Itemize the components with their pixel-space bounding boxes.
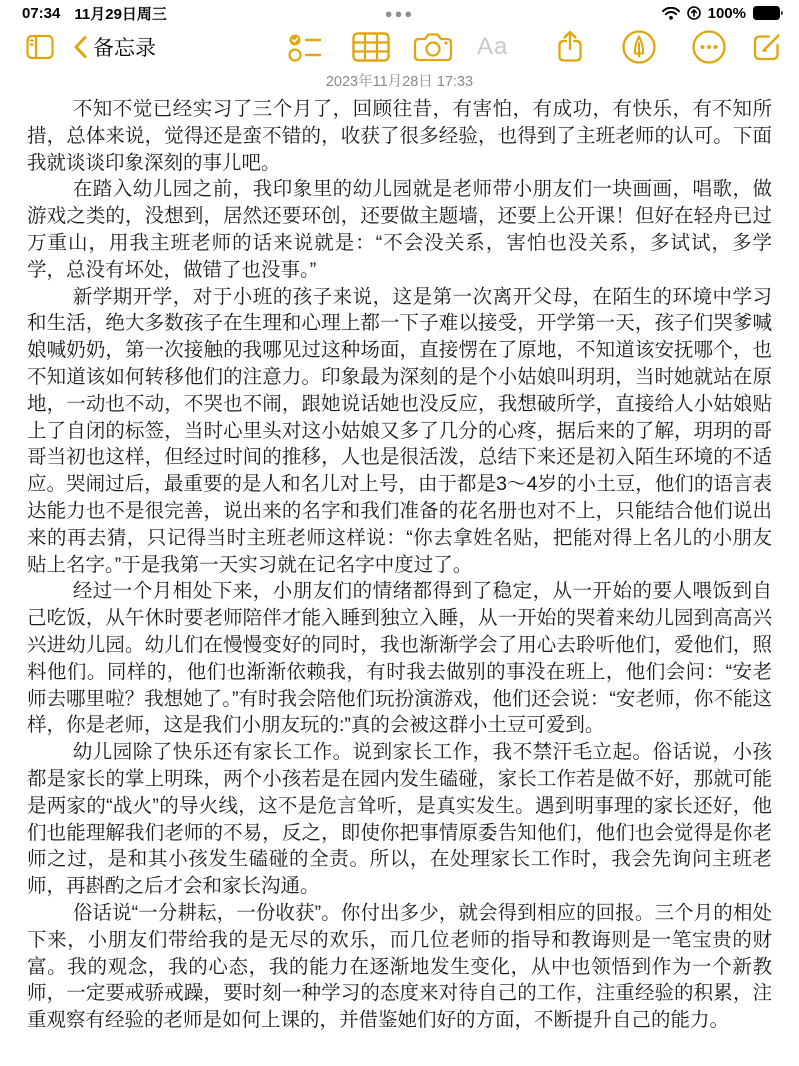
camera-button[interactable]	[413, 28, 453, 66]
table-button[interactable]	[352, 28, 390, 66]
note-paragraph-5[interactable]: 幼儿园除了快乐还有家长工作。说到家长工作，我不禁汗毛立起。俗话说，小孩都是家长的…	[27, 739, 772, 900]
note-timestamp: 2023年11月28日 17:33	[0, 70, 799, 91]
text-format-label: Aa	[477, 33, 508, 61]
markup-icon	[621, 29, 657, 65]
more-button[interactable]	[691, 28, 727, 66]
camera-icon	[413, 32, 453, 62]
checklist-icon	[288, 32, 322, 62]
sidebar-toggle-button[interactable]	[26, 28, 54, 66]
sidebar-icon	[26, 34, 54, 60]
table-icon	[352, 32, 390, 62]
multitask-dots-icon: ●●●	[0, 6, 799, 21]
note-body[interactable]: 不知不觉已经实习了三个月了，回顾往昔，有害怕，有成功，有快乐，有不知所措，总体来…	[27, 96, 772, 1034]
back-button-label: 备忘录	[93, 32, 156, 62]
markup-button[interactable]	[621, 28, 657, 66]
share-button[interactable]	[556, 28, 584, 66]
checklist-button[interactable]	[288, 28, 322, 66]
toolbar: 备忘录 Aa	[0, 28, 799, 66]
back-chevron-icon	[74, 36, 87, 58]
share-icon	[556, 30, 584, 64]
note-paragraph-3[interactable]: 新学期开学，对于小班的孩子来说，这是第一次离开父母，在陌生的环境中学习和生活，绝…	[27, 284, 772, 579]
note-paragraph-1[interactable]: 不知不觉已经实习了三个月了，回顾往昔，有害怕，有成功，有快乐，有不知所措，总体来…	[27, 96, 772, 176]
compose-icon	[751, 31, 783, 63]
note-paragraph-2[interactable]: 在踏入幼儿园之前，我印象里的幼儿园就是老师带小朋友们一块画画，唱歌，做游戏之类的…	[27, 176, 772, 283]
note-paragraph-6[interactable]: 俗话说“一分耕耘，一份收获”。你付出多少，就会得到相应的回报。三个月的相处下来，…	[27, 900, 772, 1034]
back-button[interactable]: 备忘录	[74, 28, 156, 66]
compose-button[interactable]	[751, 28, 783, 66]
note-paragraph-4[interactable]: 经过一个月相处下来，小朋友们的情绪都得到了稳定，从一开始的要人喂饭到自己吃饭，从…	[27, 578, 772, 739]
text-format-button[interactable]: Aa	[477, 28, 508, 66]
more-icon	[691, 29, 727, 65]
status-bar: 07:34 11月29日周三 ●●● 100%	[0, 0, 799, 24]
